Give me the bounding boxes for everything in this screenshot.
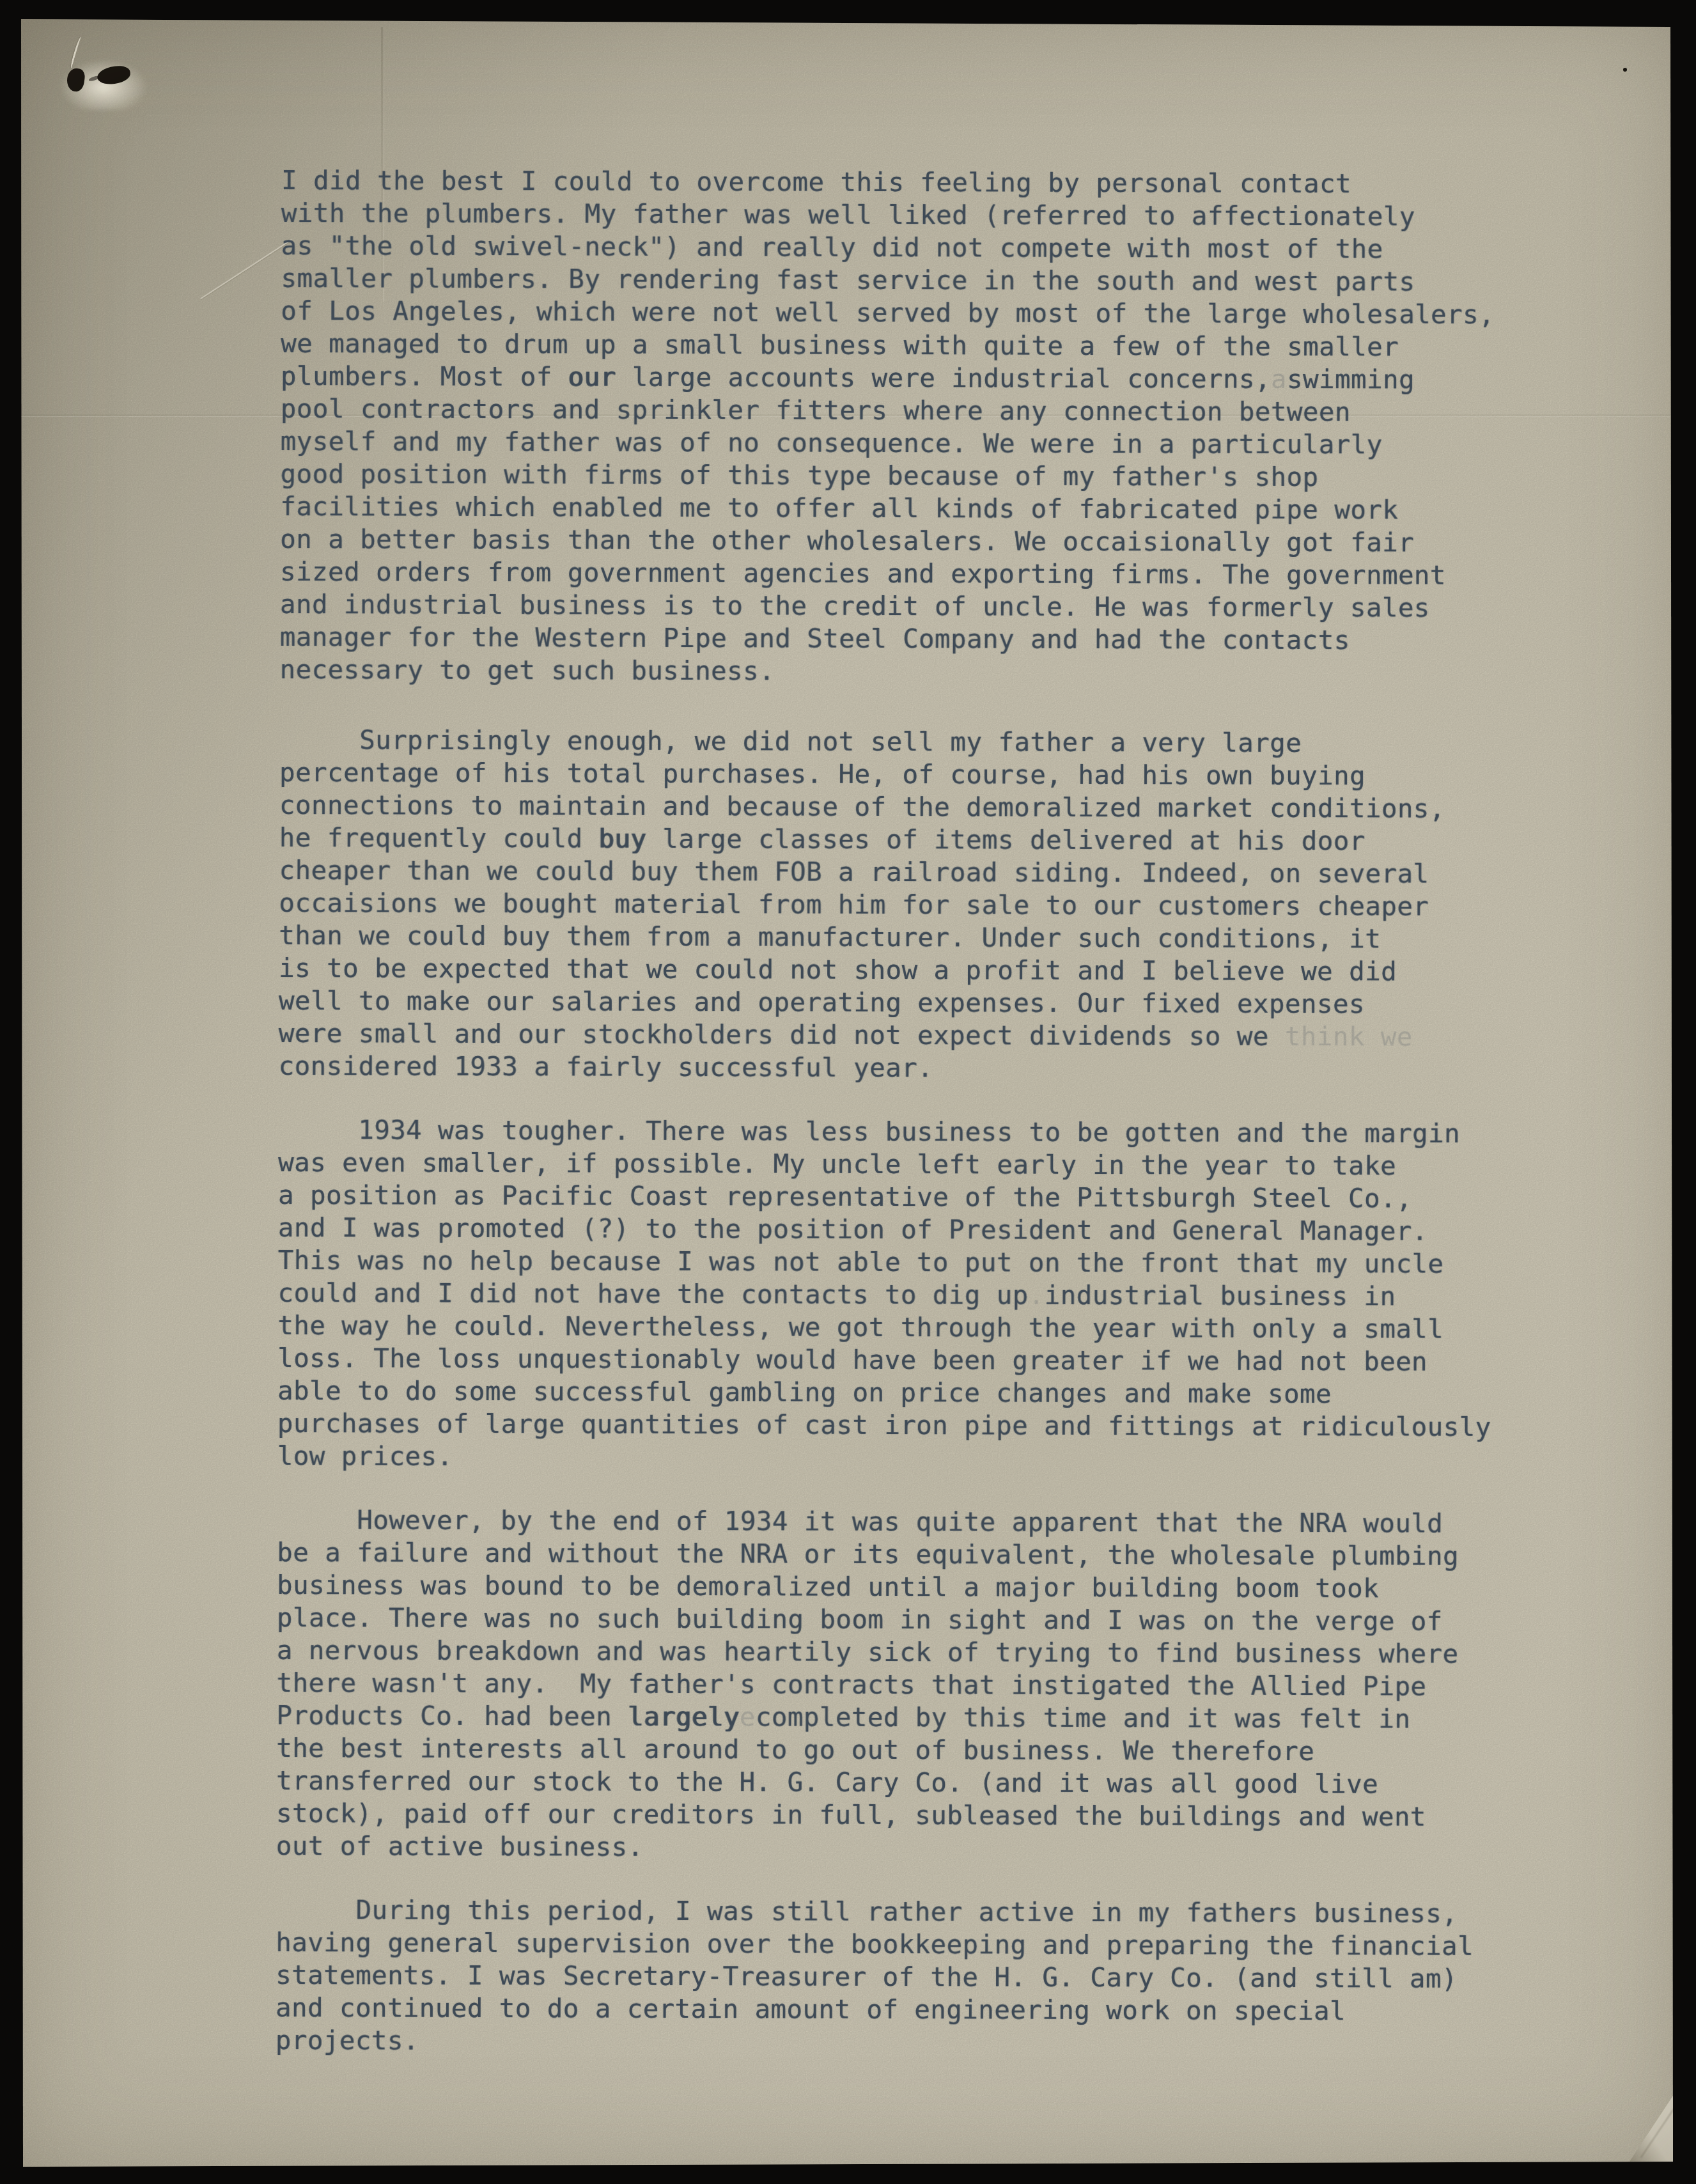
text-segment: the best interests all around to go out … bbox=[276, 1733, 1314, 1767]
text-segment: he frequently could bbox=[279, 822, 599, 854]
text-segment: connections to maintain and because of t… bbox=[279, 790, 1445, 824]
text-line: well to make our salaries and operating … bbox=[279, 985, 1551, 1021]
text-line: of Los Angeles, which were not well serv… bbox=[281, 295, 1553, 331]
text-line: be a failure and without the NRA or its … bbox=[277, 1536, 1549, 1573]
text-line: having general supervision over the book… bbox=[276, 1926, 1548, 1963]
text-segment: Surprisingly enough, we did not sell my … bbox=[279, 724, 1302, 758]
text-segment: we managed to drum up a small business w… bbox=[281, 328, 1399, 362]
erased-text: . bbox=[1029, 1280, 1045, 1311]
text-segment: business was bound to be demoralized unt… bbox=[277, 1570, 1379, 1603]
text-line: and industrial business is to the credit… bbox=[280, 588, 1552, 625]
overstruck-text: largely bbox=[628, 1701, 740, 1733]
overstruck-text: our bbox=[568, 361, 616, 392]
erased-text: think we bbox=[1269, 1021, 1413, 1052]
paragraph: Surprisingly enough, we did not sell my … bbox=[278, 724, 1552, 1086]
erased-text: a bbox=[1271, 364, 1287, 394]
text-line: could and I did not have the contacts to… bbox=[277, 1277, 1550, 1313]
text-segment: 1934 was tougher. There was less busines… bbox=[278, 1114, 1460, 1149]
text-segment: sized orders from government agencies an… bbox=[280, 556, 1446, 591]
text-line: able to do some successful gambling on p… bbox=[277, 1375, 1550, 1411]
text-line: However, by the end of 1934 it was quite… bbox=[277, 1504, 1549, 1540]
text-line: a nervous breakdown and was heartily sic… bbox=[277, 1634, 1549, 1671]
text-line: I did the best I could to overcome this … bbox=[281, 164, 1553, 201]
text-segment: well to make our salaries and operating … bbox=[279, 985, 1365, 1019]
text-segment: percentage of his total purchases. He, o… bbox=[279, 757, 1365, 791]
text-segment: occaisions we bought material from him f… bbox=[279, 887, 1429, 922]
text-line: good position with firms of this type be… bbox=[280, 458, 1552, 494]
text-segment: the way he could. Nevertheless, we got t… bbox=[277, 1310, 1443, 1345]
text-line: and I was promoted (?) to the position o… bbox=[278, 1212, 1550, 1248]
text-segment: facilities which enabled me to offer all… bbox=[280, 491, 1398, 525]
text-line: necessary to get such business. bbox=[279, 653, 1552, 690]
paragraph: During this period, I was still rather a… bbox=[276, 1894, 1548, 2061]
text-segment: myself and my father was of no consequen… bbox=[281, 426, 1383, 460]
text-segment: However, by the end of 1934 it was quite… bbox=[277, 1504, 1443, 1539]
text-line: transferred our stock to the H. G. Cary … bbox=[276, 1765, 1548, 1801]
text-segment: This was no help because I was not able … bbox=[278, 1245, 1444, 1279]
text-segment: a position as Pacific Coast representati… bbox=[278, 1180, 1412, 1214]
text-segment: smaller plumbers. By rendering fast serv… bbox=[281, 263, 1415, 297]
text-line: myself and my father was of no consequen… bbox=[281, 425, 1553, 462]
text-segment: and I was promoted (?) to the position o… bbox=[278, 1212, 1428, 1247]
text-segment: as "the old swivel-neck") and really did… bbox=[281, 230, 1383, 264]
overstruck-text: buy bbox=[598, 823, 646, 854]
text-line: During this period, I was still rather a… bbox=[276, 1894, 1548, 1930]
text-segment: could and I did not have the contacts to… bbox=[277, 1277, 1028, 1311]
text-segment: were small and our stockholders did not … bbox=[279, 1018, 1269, 1052]
text-line: and continued to do a certain amount of … bbox=[276, 1992, 1548, 2028]
text-segment: there wasn't any. My father's contracts … bbox=[276, 1667, 1426, 1702]
text-segment: necessary to get such business. bbox=[279, 654, 775, 686]
text-line: 1934 was tougher. There was less busines… bbox=[278, 1114, 1550, 1150]
text-segment: able to do some successful gambling on p… bbox=[277, 1375, 1332, 1409]
text-line: occaisions we bought material from him f… bbox=[279, 887, 1551, 923]
text-line: on a better basis than the other wholesa… bbox=[280, 523, 1552, 559]
text-segment: be a failure and without the NRA or its … bbox=[277, 1537, 1459, 1572]
text-segment: I did the best I could to overcome this … bbox=[281, 165, 1351, 199]
text-line: a position as Pacific Coast representati… bbox=[278, 1179, 1550, 1215]
text-line: out of active business. bbox=[276, 1830, 1548, 1866]
text-segment: with the plumbers. My father was well li… bbox=[281, 198, 1415, 232]
text-segment: Products Co. had been bbox=[276, 1700, 628, 1732]
text-segment: industrial business in bbox=[1045, 1280, 1396, 1312]
text-segment: of Los Angeles, which were not well serv… bbox=[281, 295, 1495, 330]
text-line: pool contractors and sprinkler fitters w… bbox=[281, 393, 1553, 429]
text-line: as "the old swivel-neck") and really did… bbox=[281, 230, 1553, 266]
text-line: projects. bbox=[276, 2024, 1548, 2061]
text-line: This was no help because I was not able … bbox=[278, 1244, 1550, 1281]
diagonal-crease bbox=[200, 239, 292, 299]
text-segment: cheaper than we could buy them FOB a rai… bbox=[279, 855, 1429, 889]
scanned-page-background: I did the best I could to overcome this … bbox=[0, 0, 1696, 2184]
text-line: plumbers. Most of our large accounts wer… bbox=[281, 360, 1553, 396]
paragraph: 1934 was tougher. There was less busines… bbox=[277, 1114, 1551, 1476]
text-segment: completed by this time and it was felt i… bbox=[756, 1701, 1411, 1734]
text-line: were small and our stockholders did not … bbox=[279, 1017, 1551, 1054]
text-line: the way he could. Nevertheless, we got t… bbox=[277, 1309, 1550, 1346]
text-line: connections to maintain and because of t… bbox=[279, 789, 1552, 825]
text-segment: good position with firms of this type be… bbox=[280, 458, 1318, 492]
text-line: than we could buy them from a manufactur… bbox=[279, 919, 1551, 956]
text-segment: loss. The loss unquestionably would have… bbox=[277, 1343, 1428, 1377]
text-segment: stock), paid off our creditors in full, … bbox=[276, 1798, 1426, 1832]
text-segment: is to be expected that we could not show… bbox=[279, 953, 1397, 987]
text-line: was even smaller, if possible. My uncle … bbox=[278, 1146, 1550, 1183]
text-line: low prices. bbox=[277, 1440, 1550, 1476]
text-segment: During this period, I was still rather a… bbox=[276, 1894, 1458, 1929]
text-line: facilities which enabled me to offer all… bbox=[280, 490, 1552, 527]
text-segment: transferred our stock to the H. G. Cary … bbox=[276, 1765, 1378, 1799]
text-segment: out of active business. bbox=[276, 1830, 644, 1862]
text-line: Surprisingly enough, we did not sell my … bbox=[279, 724, 1552, 760]
text-segment: low prices. bbox=[277, 1440, 453, 1472]
paragraph: I did the best I could to overcome this … bbox=[279, 164, 1553, 690]
text-segment: considered 1933 a fairly successful year… bbox=[278, 1050, 933, 1083]
text-line: percentage of his total purchases. He, o… bbox=[279, 756, 1552, 793]
text-line: cheaper than we could buy them FOB a rai… bbox=[279, 854, 1551, 891]
text-line: the best interests all around to go out … bbox=[276, 1732, 1548, 1768]
text-segment: plumbers. Most of bbox=[281, 361, 568, 392]
text-segment: manager for the Western Pipe and Steel C… bbox=[280, 621, 1350, 655]
text-line: Products Co. had been largelyecompleted … bbox=[276, 1699, 1548, 1736]
text-line: considered 1933 a fairly successful year… bbox=[278, 1050, 1550, 1086]
text-segment: was even smaller, if possible. My uncle … bbox=[278, 1147, 1396, 1181]
paper-speck bbox=[1623, 68, 1627, 72]
text-line: statements. I was Secretary-Treasurer of… bbox=[276, 1959, 1548, 1995]
text-line: business was bound to be demoralized unt… bbox=[277, 1569, 1549, 1605]
text-segment: on a better basis than the other wholesa… bbox=[280, 524, 1414, 558]
text-segment: than we could buy them from a manufactur… bbox=[279, 920, 1381, 954]
text-line: smaller plumbers. By rendering fast serv… bbox=[281, 262, 1553, 299]
text-segment: place. There was no such building boom i… bbox=[277, 1602, 1443, 1637]
text-line: sized orders from government agencies an… bbox=[280, 556, 1552, 592]
text-line: is to be expected that we could not show… bbox=[279, 952, 1551, 988]
text-segment: swimming bbox=[1287, 364, 1415, 395]
text-line: he frequently could buy large classes of… bbox=[279, 822, 1552, 858]
text-segment: large accounts were industrial concerns, bbox=[616, 362, 1272, 394]
text-segment: projects. bbox=[276, 2025, 419, 2056]
text-line: stock), paid off our creditors in full, … bbox=[276, 1797, 1548, 1834]
text-segment: a nervous breakdown and was heartily sic… bbox=[277, 1635, 1459, 1669]
erased-text: e bbox=[740, 1701, 756, 1732]
text-segment: having general supervision over the book… bbox=[276, 1927, 1474, 1962]
text-line: there wasn't any. My father's contracts … bbox=[276, 1667, 1548, 1703]
text-segment: and industrial business is to the credit… bbox=[280, 589, 1430, 623]
paragraph: However, by the end of 1934 it was quite… bbox=[276, 1504, 1550, 1866]
text-line: purchases of large quantities of cast ir… bbox=[277, 1407, 1550, 1444]
text-segment: pool contractors and sprinkler fitters w… bbox=[281, 393, 1351, 427]
text-line: place. There was no such building boom i… bbox=[277, 1602, 1549, 1638]
text-segment: purchases of large quantities of cast ir… bbox=[277, 1408, 1491, 1442]
text-segment: large classes of items delivered at his … bbox=[646, 823, 1365, 857]
text-segment: and continued to do a certain amount of … bbox=[276, 1992, 1346, 2026]
text-line: we managed to drum up a small business w… bbox=[281, 327, 1553, 364]
paper-sheet: I did the best I could to overcome this … bbox=[0, 0, 1696, 2184]
typewritten-text: I did the best I could to overcome this … bbox=[276, 164, 1553, 2061]
text-segment: statements. I was Secretary-Treasurer of… bbox=[276, 1960, 1458, 1994]
corner-fold bbox=[1630, 2096, 1673, 2162]
text-line: with the plumbers. My father was well li… bbox=[281, 197, 1553, 233]
text-line: manager for the Western Pipe and Steel C… bbox=[280, 621, 1552, 657]
text-line: loss. The loss unquestionably would have… bbox=[277, 1342, 1550, 1378]
